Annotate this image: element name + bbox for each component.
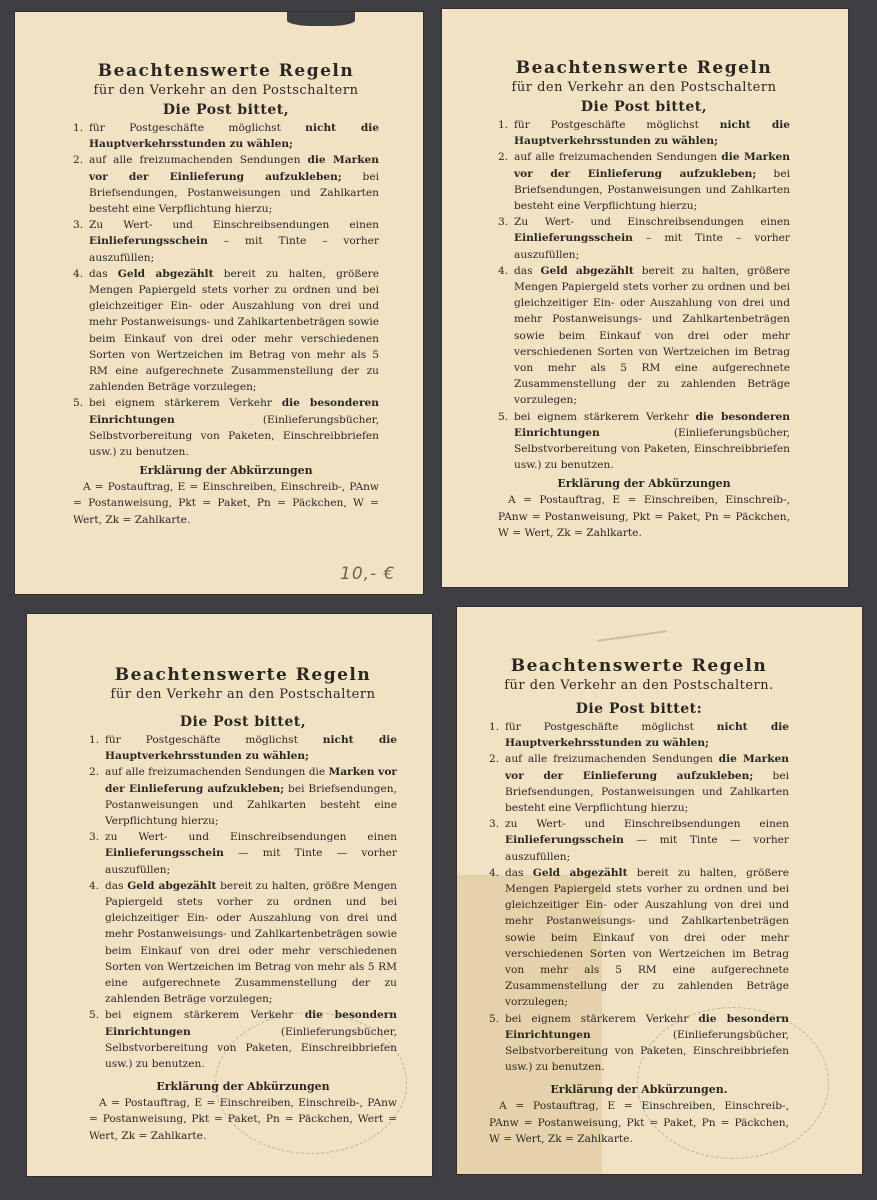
card-heading: Die Post bittet, — [89, 712, 397, 732]
rule-item: 3.Zu Wert- und Einschreibsendungen einen… — [498, 214, 790, 263]
rules-list: 1.für Postgeschäfte möglichst nicht die … — [489, 719, 789, 1075]
card-subtitle: für den Verkehr an den Postschaltern — [73, 82, 379, 100]
card-top-right: Beachtenswerte Regeln für den Verkehr an… — [442, 9, 848, 587]
rule-item: 3.Zu Wert- und Einschreibsendungen einen… — [73, 217, 379, 266]
card-bottom-left: Beachtenswerte Regeln für den Verkehr an… — [27, 614, 432, 1176]
card-subtitle: für den Verkehr an den Postschaltern — [89, 686, 397, 704]
card-subtitle: für den Verkehr an den Postschaltern — [498, 79, 790, 97]
card-top-left: Beachtenswerte Regeln für den Verkehr an… — [15, 12, 423, 594]
rule-item: 1.für Postgeschäfte möglichst nicht die … — [89, 732, 397, 764]
card-heading: Die Post bittet, — [73, 100, 379, 120]
rule-item: 4.das Geld abgezählt bereit zu halten, g… — [489, 865, 789, 1011]
rules-list: 1.für Postgeschäfte möglichst nicht die … — [89, 732, 397, 1072]
rules-list: 1.für Postgeschäfte möglichst nicht die … — [498, 117, 790, 473]
abbreviations-heading: Erklärung der Abkürzungen. — [489, 1081, 789, 1098]
abbreviations-heading: Erklärung der Abkürzungen — [498, 475, 790, 492]
rule-item: 5.bei eignem stärkerem Verkehr die beson… — [489, 1011, 789, 1076]
card-subtitle: für den Verkehr an den Postschaltern. — [489, 677, 789, 695]
abbreviations-text: A = Postauftrag, E = Einschreiben, Einsc… — [73, 479, 379, 528]
rule-item: 5.bei eignem stärkerem Verkehr die beson… — [73, 395, 379, 460]
rule-item: 3.zu Wert- und Einschreibsendungen einen… — [489, 816, 789, 865]
abbreviations-text: A = Postauftrag, E = Einschreiben, Einsc… — [498, 492, 790, 541]
card-title: Beachtenswerte Regeln — [498, 57, 790, 79]
abbreviations-heading: Erklärung der Abkürzungen — [73, 462, 379, 479]
rule-item: 2.auf alle freizumachenden Sendungen die… — [89, 764, 397, 829]
rule-item: 4.das Geld abgezählt bereit zu halten, g… — [498, 263, 790, 409]
rule-item: 1.für Postgeschäfte möglichst nicht die … — [489, 719, 789, 751]
rule-item: 1.für Postgeschäfte möglichst nicht die … — [498, 117, 790, 149]
abbreviations-text: A = Postauftrag, E = Einschreiben, Einsc… — [489, 1098, 789, 1147]
rule-item: 1.für Postgeschäfte möglichst nicht die … — [73, 120, 379, 152]
torn-notch — [287, 12, 355, 26]
price-annotation: 10,- € — [340, 564, 395, 584]
card-title: Beachtenswerte Regeln — [489, 655, 789, 677]
card-heading: Die Post bittet, — [498, 97, 790, 117]
card-title: Beachtenswerte Regeln — [89, 664, 397, 686]
rule-item: 2.auf alle freizumachenden Sendungen die… — [498, 149, 790, 214]
abbreviations-text: A = Postauftrag, E = Einschreiben, Einsc… — [89, 1095, 397, 1144]
rule-item: 4.das Geld abgezählt bereit zu halten, g… — [89, 878, 397, 1008]
rule-item: 5.bei eignem stärkerem Verkehr die beson… — [89, 1007, 397, 1072]
rule-item: 5.bei eignem stärkerem Verkehr die beson… — [498, 409, 790, 474]
card-title: Beachtenswerte Regeln — [73, 60, 379, 82]
card-bottom-right: Beachtenswerte Regeln für den Verkehr an… — [457, 607, 862, 1174]
rule-item: 2.auf alle freizumachenden Sendungen die… — [489, 751, 789, 816]
rule-item: 2.auf alle freizumachenden Sendungen die… — [73, 152, 379, 217]
abbreviations-heading: Erklärung der Abkürzungen — [89, 1078, 397, 1095]
card-heading: Die Post bittet: — [489, 699, 789, 719]
pencil-smudge — [597, 630, 667, 642]
rules-list: 1.für Postgeschäfte möglichst nicht die … — [73, 120, 379, 460]
rule-item: 4.das Geld abgezählt bereit zu halten, g… — [73, 266, 379, 396]
rule-item: 3.zu Wert- und Einschreibsendungen einen… — [89, 829, 397, 878]
